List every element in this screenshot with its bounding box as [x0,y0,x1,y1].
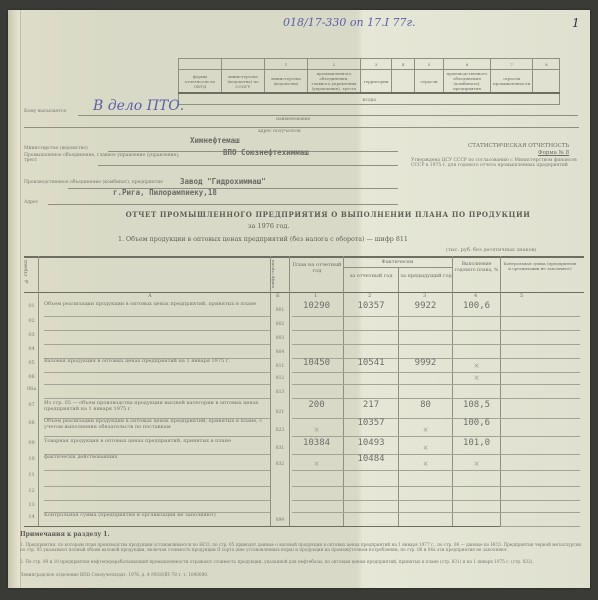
cell-plan: 10290 [290,301,343,311]
row-code: 821 [271,410,289,415]
footnote-2: 2. По стр. 09 и 10 предприятия нефтепере… [20,559,585,564]
col-letter: 1 [314,293,317,299]
header-control: Контрольная сумма (предприятия и организ… [502,261,578,271]
row-line [44,344,270,345]
codes-label: производственного объединения (комбината… [444,70,491,94]
header-pct: Выполнение годового плана, % [454,262,499,274]
address-value: г.Рига, Пилорампиеку,18 [113,188,217,197]
codes-col-num: 3 [361,59,392,70]
recipient-line [78,115,578,116]
row-number: 07 [25,402,38,408]
col-letter: 4 [474,293,477,299]
cell-prev: × [399,460,452,468]
header-code: шифр строки [270,260,289,288]
codes-label: формы отчетности по ОКУД [179,70,222,94]
row-line [292,486,580,487]
enterprise-value: Завод "Гидрохиммаш" [180,177,266,186]
row-number: 11 [25,472,38,478]
table-bottom-border [24,526,500,527]
codes-label: отрасли [415,70,444,94]
cell-actual: 10541 [344,358,398,368]
codes-col-num: 1 [265,59,308,70]
row-line [292,500,580,501]
row-line [44,436,270,437]
cell-pct: × [453,460,500,468]
cell-prev: × [399,444,452,452]
row-code: 813 [271,390,289,395]
binding-edge [8,10,21,588]
cell-pct: 100,6 [453,418,500,428]
codes-label: территории [361,70,392,94]
row-code: 804 [271,350,289,355]
row-line [292,316,580,317]
cell-actual: 10357 [344,418,398,428]
cell-prev: 80 [399,400,452,410]
cell-pct: 108,5 [453,400,500,410]
address-field-line [48,204,398,205]
cell-prev: 9992 [399,358,452,368]
header-plan: План на отчетный год [292,262,342,274]
codes-cell [179,59,222,70]
col-letter: 3 [423,293,426,299]
codes-col-num: 7 [491,59,533,70]
codes-footer: КОДЫ [179,93,560,105]
codes-col-num: 6 [444,59,491,70]
codes-label: министерства (ведомства) по СООГУ [222,70,265,94]
row-label: Контрольная сумма (предприятия и организ… [44,512,266,518]
codes-cell [222,59,265,70]
row-number: 13 [25,502,38,508]
codes-col-num: 4 [392,59,415,70]
row-code: 802 [271,322,289,327]
row-label: Из стр. 05 — объем производства продукци… [44,400,266,412]
row-label: фактически действовавших [44,454,266,460]
row-number: 02 [25,318,38,324]
col-divider [38,256,39,526]
row-line [44,486,270,487]
row-number: 03 [25,332,38,338]
header-actual-group: Фактически [343,259,452,265]
header-actual-current: за отчетный год [345,273,397,279]
row-line [292,330,580,331]
row-line [44,398,270,399]
codes-label: промышленного объединения, главного упра… [308,70,361,94]
cell-pct: 101,0 [453,438,500,448]
recipient-label: Кому высылается [24,109,66,114]
row-number: 06а [25,386,38,392]
row-line [292,436,580,437]
row-code: 899 [271,518,289,523]
codes-table: 1 2 3 4 5 6 7 8 формы отчетности по ОКУД… [178,58,560,105]
codes-col-num: 8 [533,59,560,70]
row-code: 811 [271,364,289,369]
codes-label: отрасли промышленности [491,70,533,94]
row-label: Объем реализации продукции в оптовых цен… [44,301,266,307]
report-year: за 1976 год. [248,222,289,230]
row-line [44,316,270,317]
header-actual-prev: за предыдущий год [400,273,452,279]
cell-prev: × [399,426,452,434]
row-number: 01 [25,303,38,309]
row-number: 12 [25,488,38,494]
printer-note: Ленинградское отделение ВПО Союзучетизда… [20,572,208,577]
units-note: (тыс. руб. без десятичных знаков) [446,248,536,253]
cell-plan: 10384 [290,438,343,448]
header-row-no: № строки [24,260,38,283]
row-number: 06 [25,374,38,380]
col-letter: А [148,293,152,299]
enterprise-label: Производственное объединение (комбинат),… [24,180,174,185]
row-number: 09 [25,440,38,446]
row-line [292,470,580,471]
form-approval: Утверждена ЦСУ СССР по согласованию с Ми… [411,158,579,168]
codes-label [533,70,560,94]
recipient-value: В дело ПТО. [93,98,184,114]
page-number: 1 [572,16,580,30]
association-line [98,165,398,166]
col-divider [289,256,290,526]
section-title: 1. Объем продукции в оптовых ценах предп… [118,236,408,243]
col-letter: 2 [368,293,371,299]
row-code: 803 [271,336,289,341]
report-title: ОТЧЕТ ПРОМЫШЛЕННОГО ПРЕДПРИЯТИЯ О ВЫПОЛН… [108,210,548,219]
row-line [292,418,580,419]
row-number: 08 [25,420,38,426]
ministry-label: Министерство (ведомство) [24,146,88,151]
col-letter: Б [276,293,280,299]
row-line [292,344,580,345]
cell-pct: × [453,374,500,382]
row-label: Товарная продукция в оптовых ценах предп… [44,438,266,444]
cell-plan: 10450 [290,358,343,368]
ministry-value: Химнефтемаш [190,136,240,145]
codes-col-num: 2 [308,59,361,70]
cell-actual: 217 [344,400,398,410]
row-line [292,512,580,513]
row-line [44,330,270,331]
association-label: Промышленное объединение, главное управл… [24,153,184,163]
row-code: 812 [271,376,289,381]
address-caption: адрес получателя [258,129,301,134]
cell-pct: 100,6 [453,301,500,311]
association-value: ВПО Союзнефтехиммаш [223,148,309,157]
cell-prev: 9922 [399,301,452,311]
form-number: Форма № 8 [538,150,569,156]
row-code: 831 [271,446,289,451]
row-code: 801 [271,308,289,313]
footnotes-title: Примечания к разделу 1. [20,531,110,538]
cell-plan: × [290,460,343,468]
cell-actual: 10493 [344,438,398,448]
row-line [292,398,580,399]
form-title: СТАТИСТИЧЕСКАЯ ОТЧЕТНОСТЬ [468,143,569,149]
row-line [292,372,580,373]
row-code: 823 [271,428,289,433]
row-line [44,470,270,471]
name-caption: наименование [276,117,310,122]
cell-plan: × [290,426,343,434]
row-number: 14 [25,514,38,520]
actual-group-line [343,267,452,268]
row-line [292,384,580,385]
row-number: 04 [25,346,38,352]
row-code: 832 [271,462,289,467]
archive-note: 018/17-330 on 17.I 77г. [283,16,416,29]
row-line [44,372,270,373]
cell-plan: 200 [290,400,343,410]
row-line [44,384,270,385]
cell-pct: × [453,362,500,370]
cell-actual: 10484 [344,454,398,464]
row-label: Объем реализации продукции в оптовых цен… [44,418,266,430]
cell-actual: 10357 [344,301,398,311]
row-line [44,500,270,501]
document-page: 018/17-330 on 17.I 77г. 1 1 2 3 4 5 6 7 … [8,10,590,588]
codes-label [392,70,415,94]
row-line [292,454,580,455]
codes-col-num: 5 [415,59,444,70]
address-label: Адрес [24,200,38,205]
row-label: Валовая продукция в оптовых ценах предпр… [44,358,266,364]
row-number: 10 [25,456,38,462]
col-letter: 5 [520,293,523,299]
footnote-1: 1. Предприятия, по которым план производ… [20,542,585,552]
row-number: 05 [25,360,38,366]
codes-label: министерства (ведомства) [265,70,308,94]
address-line [24,127,579,128]
